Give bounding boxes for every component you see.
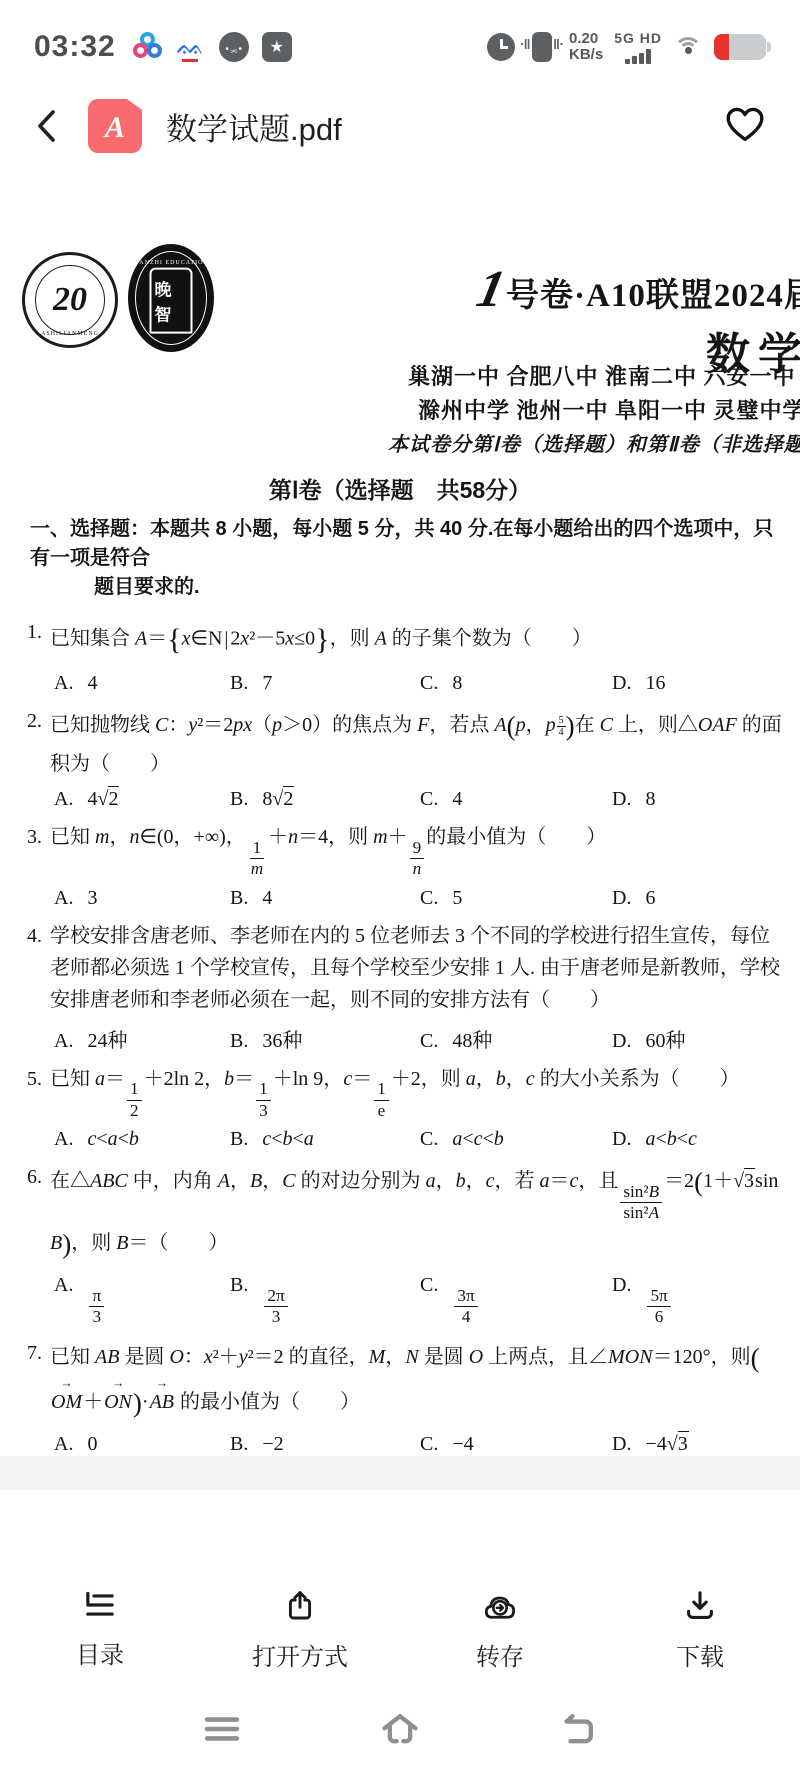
document-title: 数学试题.pdf [166, 104, 342, 149]
question: 3.已知 m，n∈(0，+∞)，1m＋n＝4，则 m＋9n的最小值为（ ）A.3… [14, 821, 786, 910]
question-number: 2. [14, 705, 50, 780]
option-label: D. [612, 1128, 631, 1150]
option-label: B. [230, 1030, 248, 1052]
option-cell: A.0 [54, 1433, 230, 1456]
option-value: 4 [262, 887, 272, 909]
option-label: A. [54, 1128, 73, 1150]
back-button[interactable] [32, 107, 58, 145]
back-nav-icon [555, 1708, 601, 1750]
exam-brand-title: 1号卷·A10联盟2024届 [478, 260, 800, 319]
wifi-icon [673, 35, 703, 59]
option-value: 48种 [452, 1030, 492, 1052]
option-value: 4√2 [87, 786, 119, 810]
back-nav-button[interactable] [555, 1708, 601, 1750]
open-with-button[interactable]: 打开方式 [200, 1588, 400, 1672]
option-cell: C.8 [420, 672, 612, 695]
option-label: C. [420, 1128, 438, 1150]
tri-circles-app-icon [133, 32, 163, 62]
bottom-toolbar: 目录 打开方式 转存 下载 [0, 1588, 800, 1672]
option-label: B. [230, 1128, 248, 1150]
save-to-cloud-button[interactable]: 转存 [400, 1588, 600, 1672]
option-label: C. [420, 1433, 438, 1455]
question-stem: 已知 m，n∈(0，+∞)，1m＋n＝4，则 m＋9n的最小值为（ ） [50, 821, 786, 879]
toc-button[interactable]: 目录 [0, 1588, 200, 1672]
home-button[interactable] [377, 1708, 423, 1750]
status-bar: 03:32 ᨐ 0.20 KB/s 5G HD [0, 0, 800, 80]
option-label: D. [612, 887, 631, 909]
question: 1.已知集合 A＝{x∈N|2x²－5x≤0}，则 A 的子集个数为（ ）A.4… [14, 616, 786, 695]
cloud-save-icon [481, 1588, 519, 1624]
option-value: c<a<b [87, 1128, 138, 1150]
option-value: 36种 [262, 1030, 302, 1052]
option-label: D. [612, 1274, 631, 1296]
question: 2.已知抛物线 C：y²＝2px（p＞0）的焦点为 F，若点 A(p，p54)在… [14, 705, 786, 811]
option-label: C. [420, 1274, 438, 1296]
option-cell: D.8 [612, 788, 786, 811]
pdf-page-viewport[interactable]: 20 ASHILIANMENG WANZHI EDUCATION 晚智 1号卷·… [0, 172, 800, 1456]
option-label: C. [420, 887, 438, 909]
toc-icon [81, 1588, 119, 1622]
baidu-paw-icon: ᨐ [176, 32, 206, 62]
option-value: 8 [645, 788, 655, 810]
option-value: π3 [87, 1274, 106, 1296]
option-value: −4 [452, 1433, 473, 1455]
option-label: A. [54, 788, 73, 810]
option-cell: C.48种 [420, 1024, 612, 1053]
question-stem: 已知 AB 是圆 O：x²＋y²＝2 的直径，M，N 是圆 O 上两点，且∠MO… [50, 1337, 786, 1425]
option-label: A. [54, 887, 73, 909]
page-gap-divider [0, 1456, 800, 1490]
option-value: a<b<c [645, 1128, 696, 1150]
question-number: 5. [14, 1063, 50, 1121]
option-cell: C.−4 [420, 1433, 612, 1456]
option-value: 3 [87, 887, 97, 909]
option-cell: A.4 [54, 672, 230, 695]
wanzhi-education-logo: WANZHI EDUCATION 晚智 [128, 244, 214, 352]
option-cell: A.3 [54, 887, 230, 910]
question-number: 3. [14, 821, 50, 879]
question-number: 6. [14, 1161, 50, 1266]
pdf-file-icon: A [88, 99, 142, 153]
option-label: A. [54, 672, 73, 694]
option-cell: B.36种 [230, 1024, 420, 1053]
option-cell: D.6 [612, 887, 786, 910]
option-value: −4√3 [645, 1431, 688, 1455]
option-label: D. [612, 788, 631, 810]
schools-line-2: 滁州中学 池州一中 阜阳一中 灵璧中学 宿城一中 [418, 394, 800, 425]
option-label: B. [230, 1433, 248, 1455]
network-speed: 0.20 KB/s [569, 31, 603, 63]
question-stem: 已知抛物线 C：y²＝2px（p＞0）的焦点为 F，若点 A(p，p54)在 C… [50, 705, 786, 780]
option-label: C. [420, 672, 438, 694]
question-number: 7. [14, 1337, 50, 1425]
option-value: 24种 [87, 1030, 127, 1052]
question: 5.已知 a＝12＋2ln 2，b＝13＋ln 9，c＝1e＋2，则 a，b，c… [14, 1063, 786, 1152]
option-cell: B.−2 [230, 1433, 420, 1456]
option-value: 3π4 [452, 1274, 479, 1296]
option-cell: B.c<b<a [230, 1128, 420, 1151]
schools-line-1: 巢湖一中 合肥八中 淮南二中 六安一中 南陵中学 [408, 360, 800, 391]
option-label: D. [612, 1433, 631, 1455]
home-icon [377, 1708, 423, 1750]
option-cell: B.4 [230, 887, 420, 910]
question-stem: 在△ABC 中，内角 A，B，C 的对边分别为 a，b，c，若 a＝c，且sin… [50, 1161, 786, 1266]
option-value: 5π6 [645, 1274, 672, 1296]
option-cell: B.8√2 [230, 788, 420, 811]
vibrate-icon [532, 32, 552, 62]
option-value: 6 [645, 887, 655, 909]
question-stem: 已知 a＝12＋2ln 2，b＝13＋ln 9，c＝1e＋2，则 a，b，c 的… [50, 1063, 786, 1121]
option-cell: D.60种 [612, 1024, 786, 1053]
question-list: 1.已知集合 A＝{x∈N|2x²－5x≤0}，则 A 的子集个数为（ ）A.4… [0, 602, 800, 1456]
cat-app-icon [219, 32, 249, 62]
question: 4.学校安排含唐老师、李老师在内的 5 位老师去 3 个不同的学校进行招生宣传，… [14, 920, 786, 1053]
option-cell: A.c<a<b [54, 1128, 230, 1151]
option-value: 4 [452, 788, 462, 810]
option-cell: D.−4√3 [612, 1433, 786, 1456]
option-cell: C.a<c<b [420, 1128, 612, 1151]
exam-masthead: 20 ASHILIANMENG WANZHI EDUCATION 晚智 1号卷·… [0, 172, 800, 472]
section-intro: 一、选择题：本题共 8 小题，每小题 5 分，共 40 分.在每小题给出的四个选… [0, 515, 800, 602]
download-button[interactable]: 下载 [600, 1588, 800, 1672]
question-number: 4. [14, 920, 50, 1016]
option-label: B. [230, 672, 248, 694]
option-label: A. [54, 1274, 73, 1296]
recents-menu-button[interactable] [199, 1708, 245, 1750]
option-value: c<b<a [262, 1128, 313, 1150]
exam-note: 本试卷分第Ⅰ卷（选择题）和第Ⅱ卷（非选择题）两 [388, 428, 800, 457]
option-cell: C.4 [420, 788, 612, 811]
option-cell: D.5π6 [612, 1274, 786, 1327]
question-number: 1. [14, 616, 50, 664]
question: 7.已知 AB 是圆 O：x²＋y²＝2 的直径，M，N 是圆 O 上两点，且∠… [14, 1337, 786, 1456]
question-stem: 学校安排含唐老师、李老师在内的 5 位老师去 3 个不同的学校进行招生宣传，每位… [50, 920, 786, 1016]
option-value: 2π3 [262, 1274, 289, 1296]
option-value: 5 [452, 887, 462, 909]
option-value: 7 [262, 672, 272, 694]
option-label: C. [420, 1030, 438, 1052]
option-label: C. [420, 788, 438, 810]
option-label: B. [230, 887, 248, 909]
option-value: 60种 [645, 1030, 685, 1052]
share-icon [282, 1588, 318, 1624]
clock-time: 03:32 [34, 30, 116, 64]
favorite-heart-button[interactable] [722, 103, 768, 150]
option-label: A. [54, 1433, 73, 1455]
star-badge-icon [262, 32, 292, 62]
question-stem: 已知集合 A＝{x∈N|2x²－5x≤0}，则 A 的子集个数为（ ） [50, 616, 786, 664]
question: 6.在△ABC 中，内角 A，B，C 的对边分别为 a，b，c，若 a＝c，且s… [14, 1161, 786, 1326]
signal-bars-icon [614, 49, 662, 64]
option-value: 8√2 [262, 786, 294, 810]
option-value: 4 [87, 672, 97, 694]
option-cell: B.2π3 [230, 1274, 420, 1327]
android-nav-bar [0, 1708, 800, 1750]
option-value: −2 [262, 1433, 283, 1455]
option-label: B. [230, 1274, 248, 1296]
option-value: 8 [452, 672, 462, 694]
option-label: D. [612, 672, 631, 694]
option-cell: B.7 [230, 672, 420, 695]
school-alliance-logo: 20 ASHILIANMENG [22, 252, 118, 348]
option-cell: A.24种 [54, 1024, 230, 1053]
alarm-icon [487, 33, 515, 61]
menu-icon [199, 1708, 245, 1750]
option-cell: D.a<b<c [612, 1128, 786, 1151]
option-label: A. [54, 1030, 73, 1052]
option-cell: C.5 [420, 887, 612, 910]
section-title: 第Ⅰ卷（选择题 共58分） [0, 472, 800, 505]
option-value: a<c<b [452, 1128, 503, 1150]
option-value: 16 [645, 672, 665, 694]
option-label: D. [612, 1030, 631, 1052]
battery-icon [714, 34, 766, 60]
document-header: A 数学试题.pdf [0, 80, 800, 172]
download-icon [682, 1588, 718, 1624]
cell-signal: 5G HD [614, 30, 662, 64]
option-cell: A.4√2 [54, 788, 230, 811]
option-cell: D.16 [612, 672, 786, 695]
option-cell: C.3π4 [420, 1274, 612, 1327]
option-cell: A.π3 [54, 1274, 230, 1327]
option-value: 0 [87, 1433, 97, 1455]
option-label: B. [230, 788, 248, 810]
